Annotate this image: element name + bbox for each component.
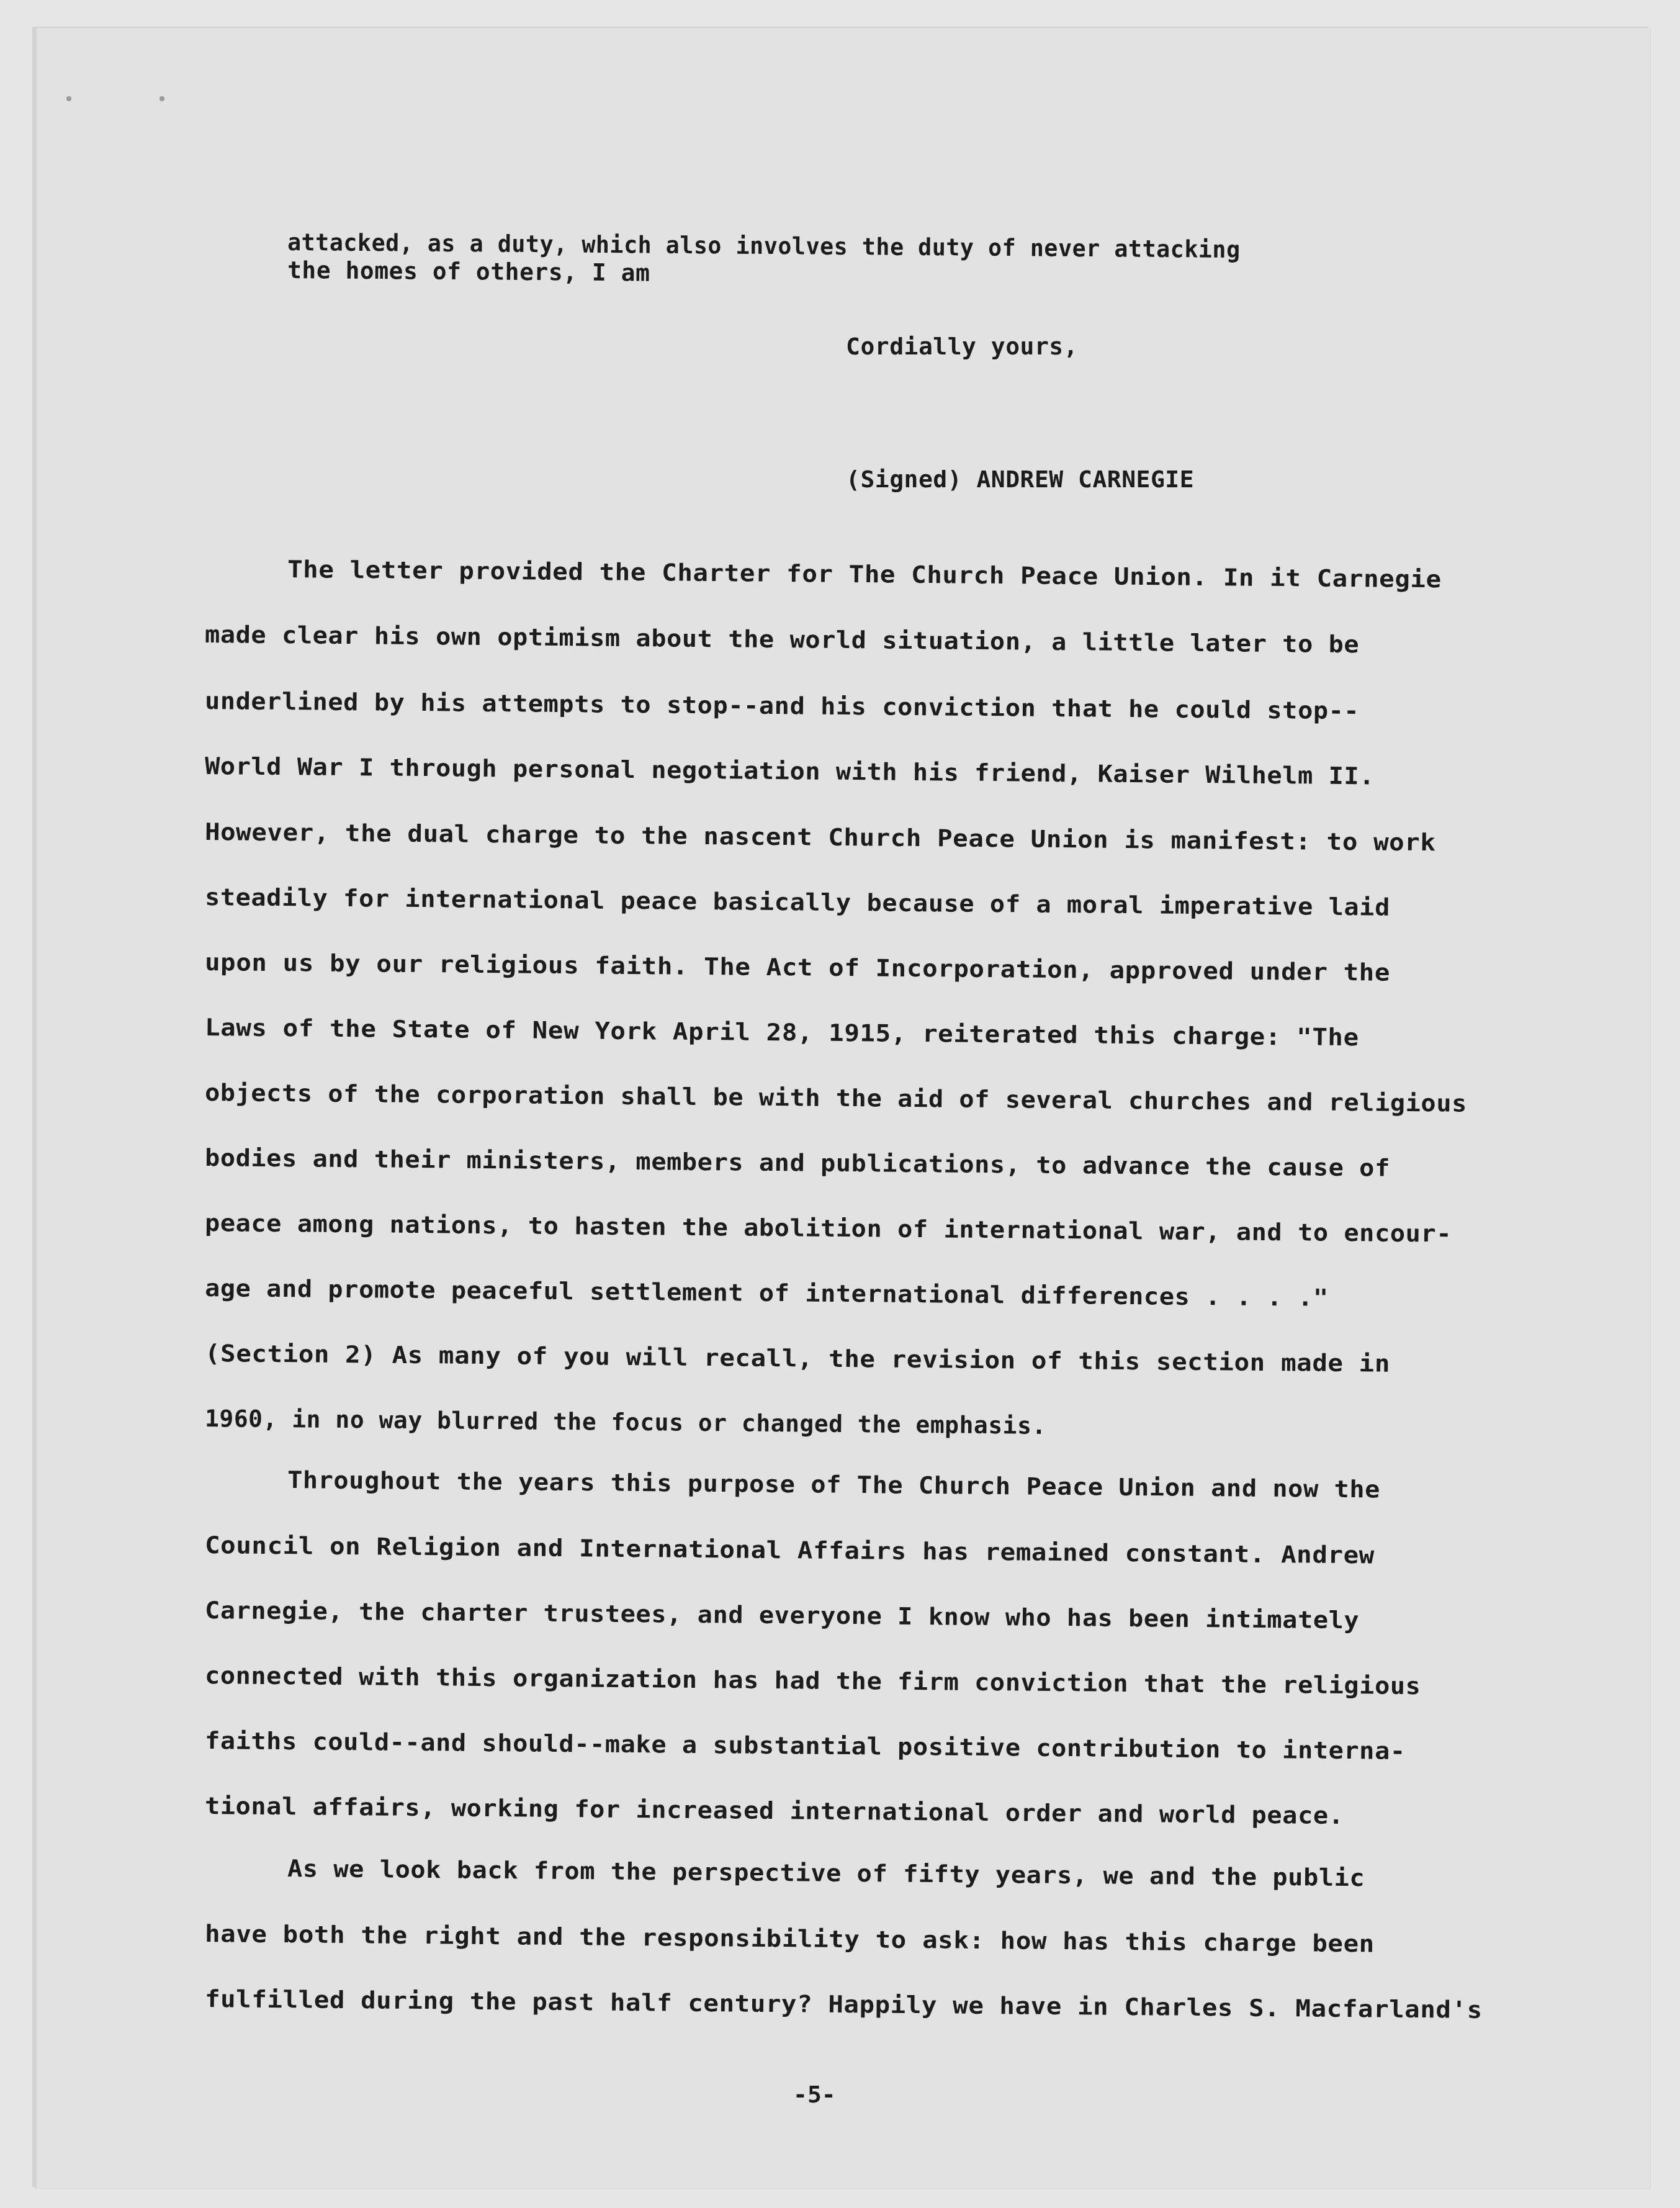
page-number: -5- xyxy=(793,2081,836,2108)
salutation: Cordially yours, xyxy=(846,333,1078,360)
paper-speck xyxy=(66,96,71,101)
signature: (Signed) ANDREW CARNEGIE xyxy=(846,466,1194,493)
paper-speck xyxy=(159,96,164,101)
letter-closing-line: the homes of others, I am xyxy=(287,256,650,287)
